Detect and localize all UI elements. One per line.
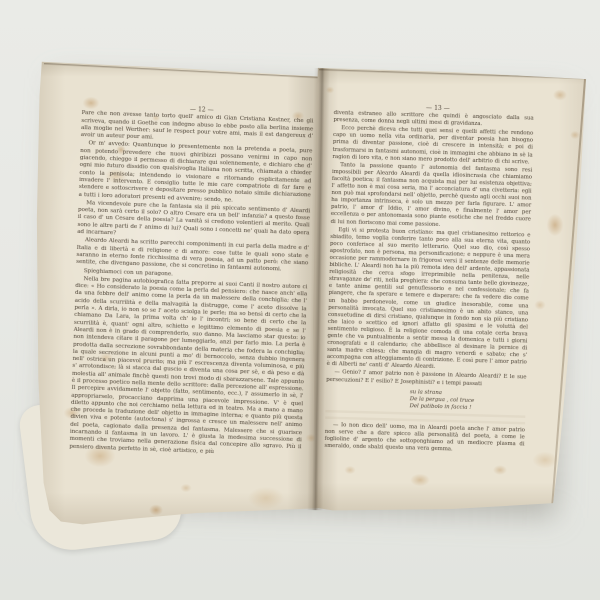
right-page-top-edge	[319, 69, 587, 80]
paragraph: Egli vi si protesta buon cristiano: ma q…	[327, 227, 531, 374]
paragraph: Tanto la passione quanto l' autonomia de…	[331, 162, 533, 231]
left-page: — 12 — Pare che non avesse tanto torto q…	[36, 58, 328, 530]
left-page-text-column: — 12 — Pare che non avesse tanto torto q…	[69, 102, 314, 460]
right-page-side-edge	[551, 79, 586, 504]
closing-paragraph: — Io non dico dell' uomo, ma in Aleardi …	[324, 422, 525, 456]
photo-of-open-book: — 12 — Pare che non avesse tanto torto q…	[0, 0, 600, 600]
left-page-top-edge	[44, 63, 326, 79]
paragraph: Or m' avvedo: Quantunque io presentement…	[78, 140, 312, 207]
paragraph: Ecco perchè diceva che tutti quei sensi …	[332, 125, 533, 166]
verse-block: su la strana De la pergua , col truce De…	[409, 389, 526, 413]
right-page-text-column: — 13 — diventa estraneo allo scrittore c…	[324, 102, 534, 456]
paragraph: Nella bre pagina autobiografica fatta pr…	[69, 276, 307, 460]
right-page: — 13 — diventa estraneo allo scrittore c…	[310, 62, 592, 514]
